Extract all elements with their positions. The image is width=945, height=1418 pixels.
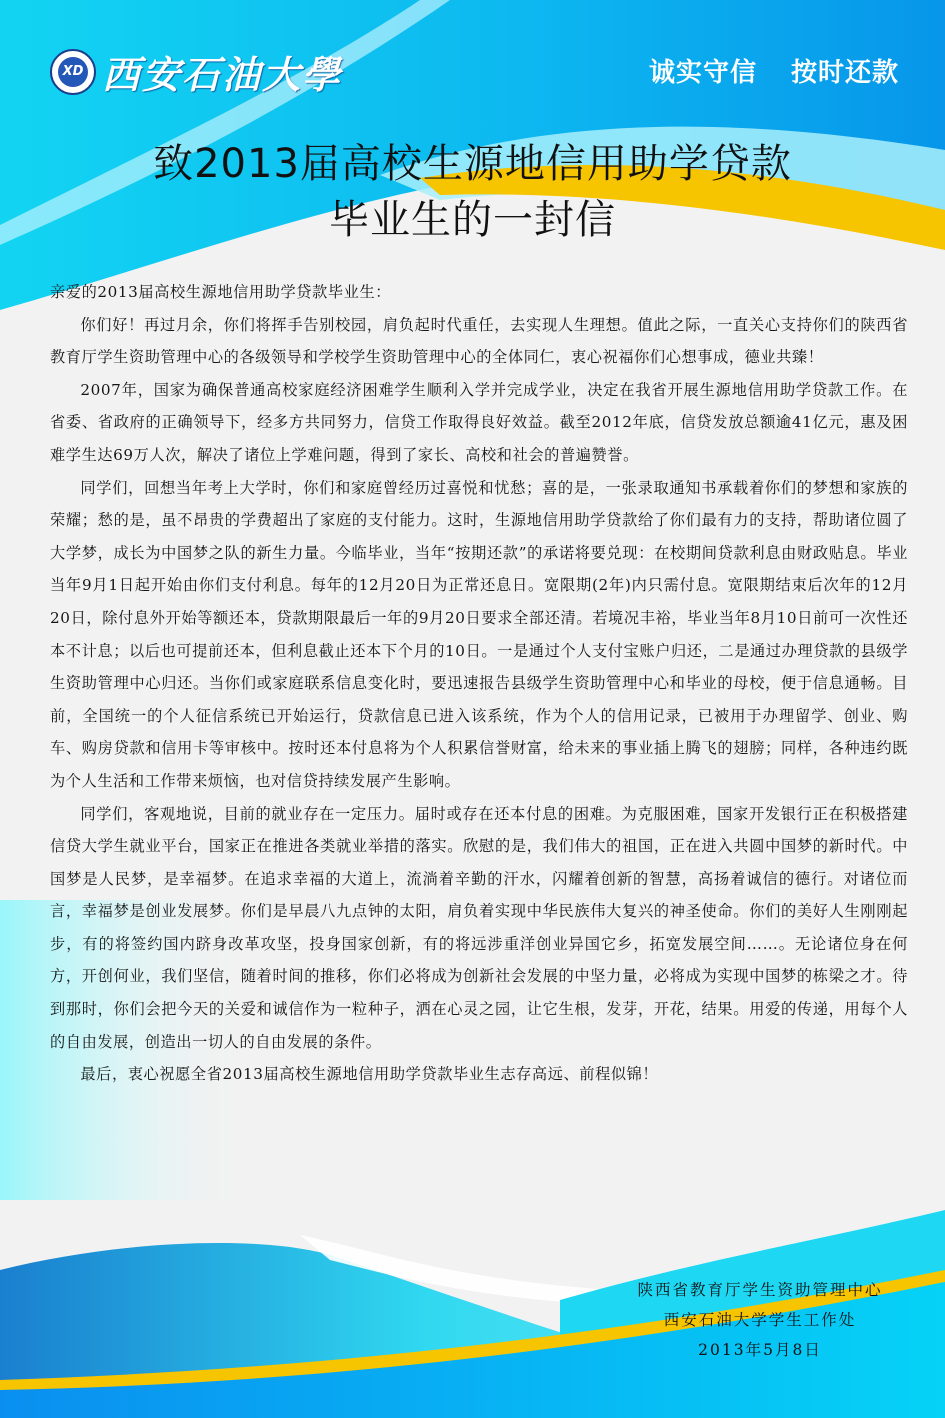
title-line-2: 毕业生的一封信 [0,192,945,248]
paragraph-repayment: 同学们，回想当年考上大学时，你们和家庭曾经历过喜悦和忧愁；喜的是，一张录取通知书… [50,472,908,798]
signature-block: 陕西省教育厅学生资助管理中心 西安石油大学学生工作处 2013年5月8日 [560,1275,945,1365]
signature-org-2: 西安石油大学学生工作处 [560,1305,945,1335]
signature-date: 2013年5月8日 [560,1335,945,1365]
emblem-monogram: XD [58,57,88,87]
slogan-honesty: 诚实守信 [649,52,757,89]
paragraph-china-dream: 同学们，客观地说，目前的就业存在一定压力。届时或存在还本付息的困难。为克服困难，… [50,798,908,1059]
salutation: 亲爱的2013届高校生源地信用助学贷款毕业生： [50,276,908,309]
slogan-repay-on-time: 按时还款 [791,52,899,89]
paragraph-closing: 最后，衷心祝愿全省2013届高校生源地信用助学贷款毕业生志存高远、前程似锦！ [50,1058,908,1091]
letter-body: 亲爱的2013届高校生源地信用助学贷款毕业生： 你们好！再过月余，你们将挥手告别… [50,276,908,1091]
university-name: 西安石油大學 [102,44,342,99]
page-title: 致2013届高校生源地信用助学贷款 毕业生的一封信 [0,136,945,248]
signature-org-1: 陕西省教育厅学生资助管理中心 [560,1275,945,1305]
university-emblem-icon: XD [50,49,96,95]
paragraph-greeting: 你们好！再过月余，你们将挥手告别校园，肩负起时代重任，去实现人生理想。值此之际，… [50,309,908,374]
title-line-1: 致2013届高校生源地信用助学贷款 [0,136,945,192]
university-logo: XD 西安石油大學 [50,44,342,99]
slogan: 诚实守信 按时还款 [649,52,899,89]
paragraph-background: 2007年，国家为确保普通高校家庭经济困难学生顺利入学并完成学业，决定在我省开展… [50,374,908,472]
